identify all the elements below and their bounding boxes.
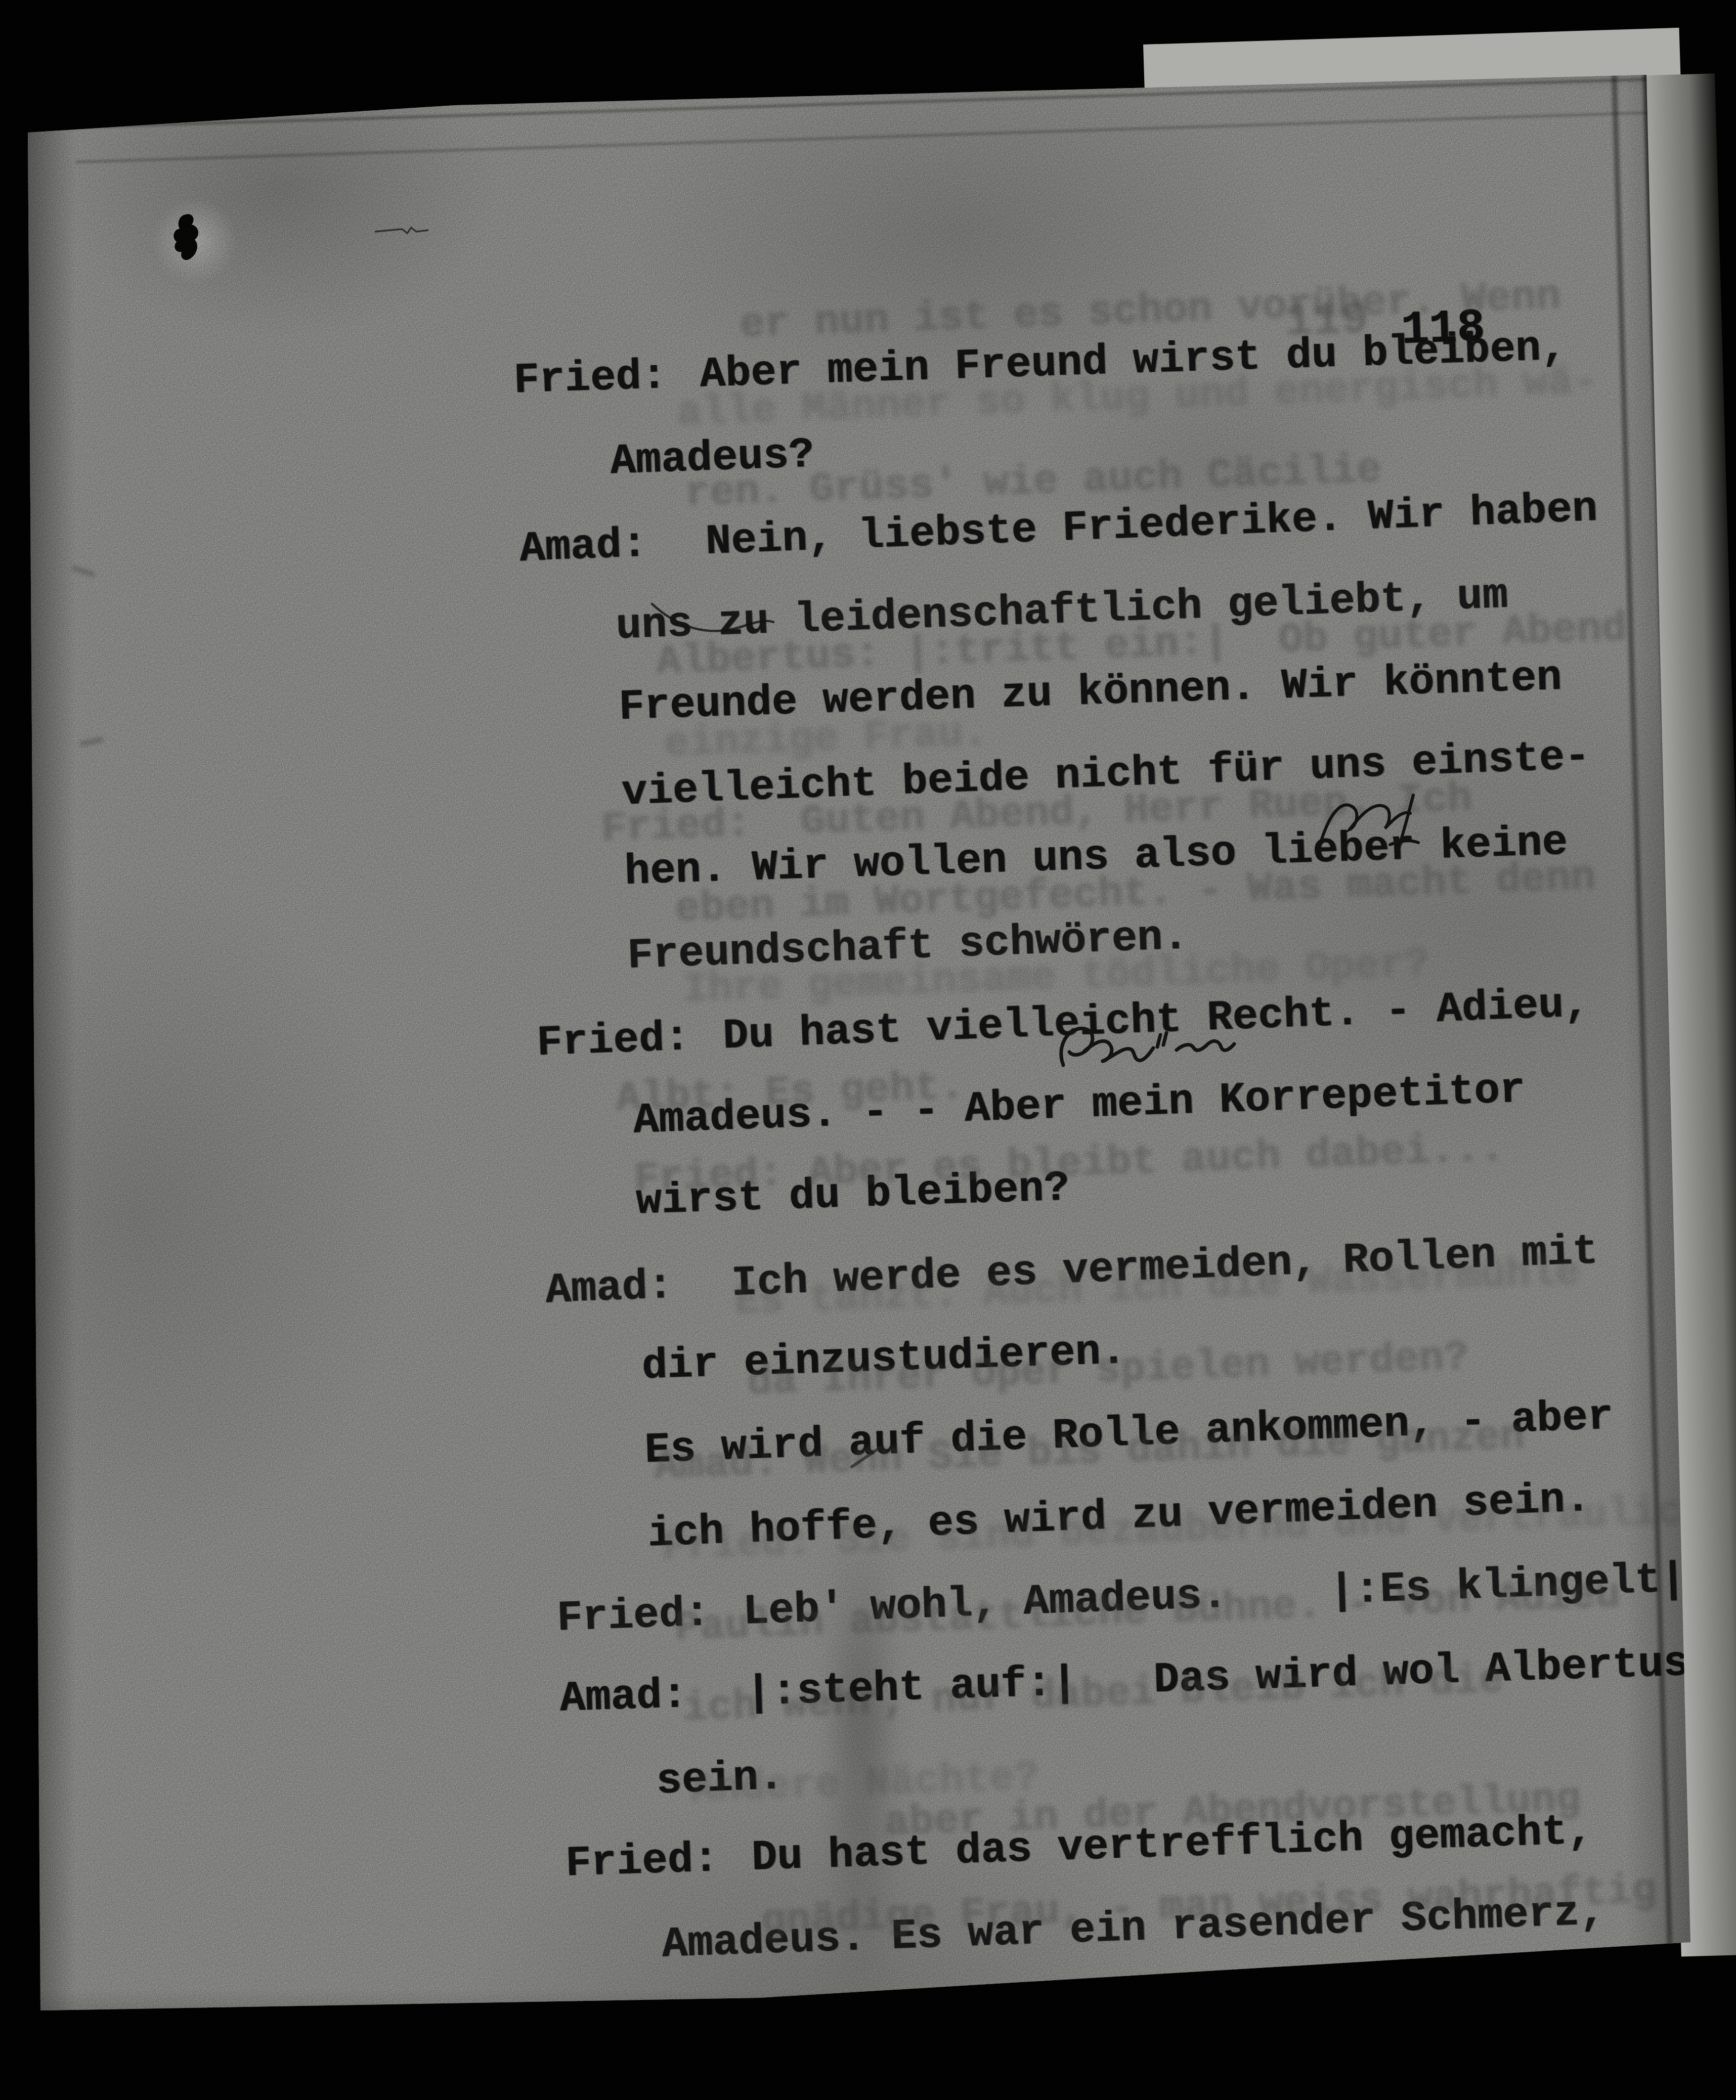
margin-smudge (72, 565, 96, 577)
pencil-tick-annotation (848, 1445, 885, 1470)
handwritten-word-annotation (1053, 1018, 1293, 1078)
handwritten-scribble-annotation (1314, 780, 1424, 858)
scanned-manuscript-photograph: 119 118 Fried:Aber mein Freund wirst du … (0, 0, 1736, 2100)
speaker-label: Amad: (559, 1672, 688, 1724)
pen-curve-annotation (649, 596, 776, 640)
pen-scratch-icon (374, 225, 431, 238)
speaker-label: Amad: (518, 520, 647, 573)
top-crease-line (29, 78, 1647, 130)
speaker-label: Fried: (536, 1014, 691, 1068)
speaker-label: Fried: (565, 1835, 719, 1889)
manuscript-page: 119 118 Fried:Aber mein Freund wirst du … (0, 0, 1736, 2100)
margin-smudge (80, 737, 104, 746)
ink-blot-icon (168, 211, 203, 266)
speaker-label: Fried: (513, 353, 667, 406)
speaker-label: Amad: (545, 1262, 674, 1315)
typescript-block: Fried:Aber mein Freund wirst du bleiben,… (511, 257, 1736, 2007)
